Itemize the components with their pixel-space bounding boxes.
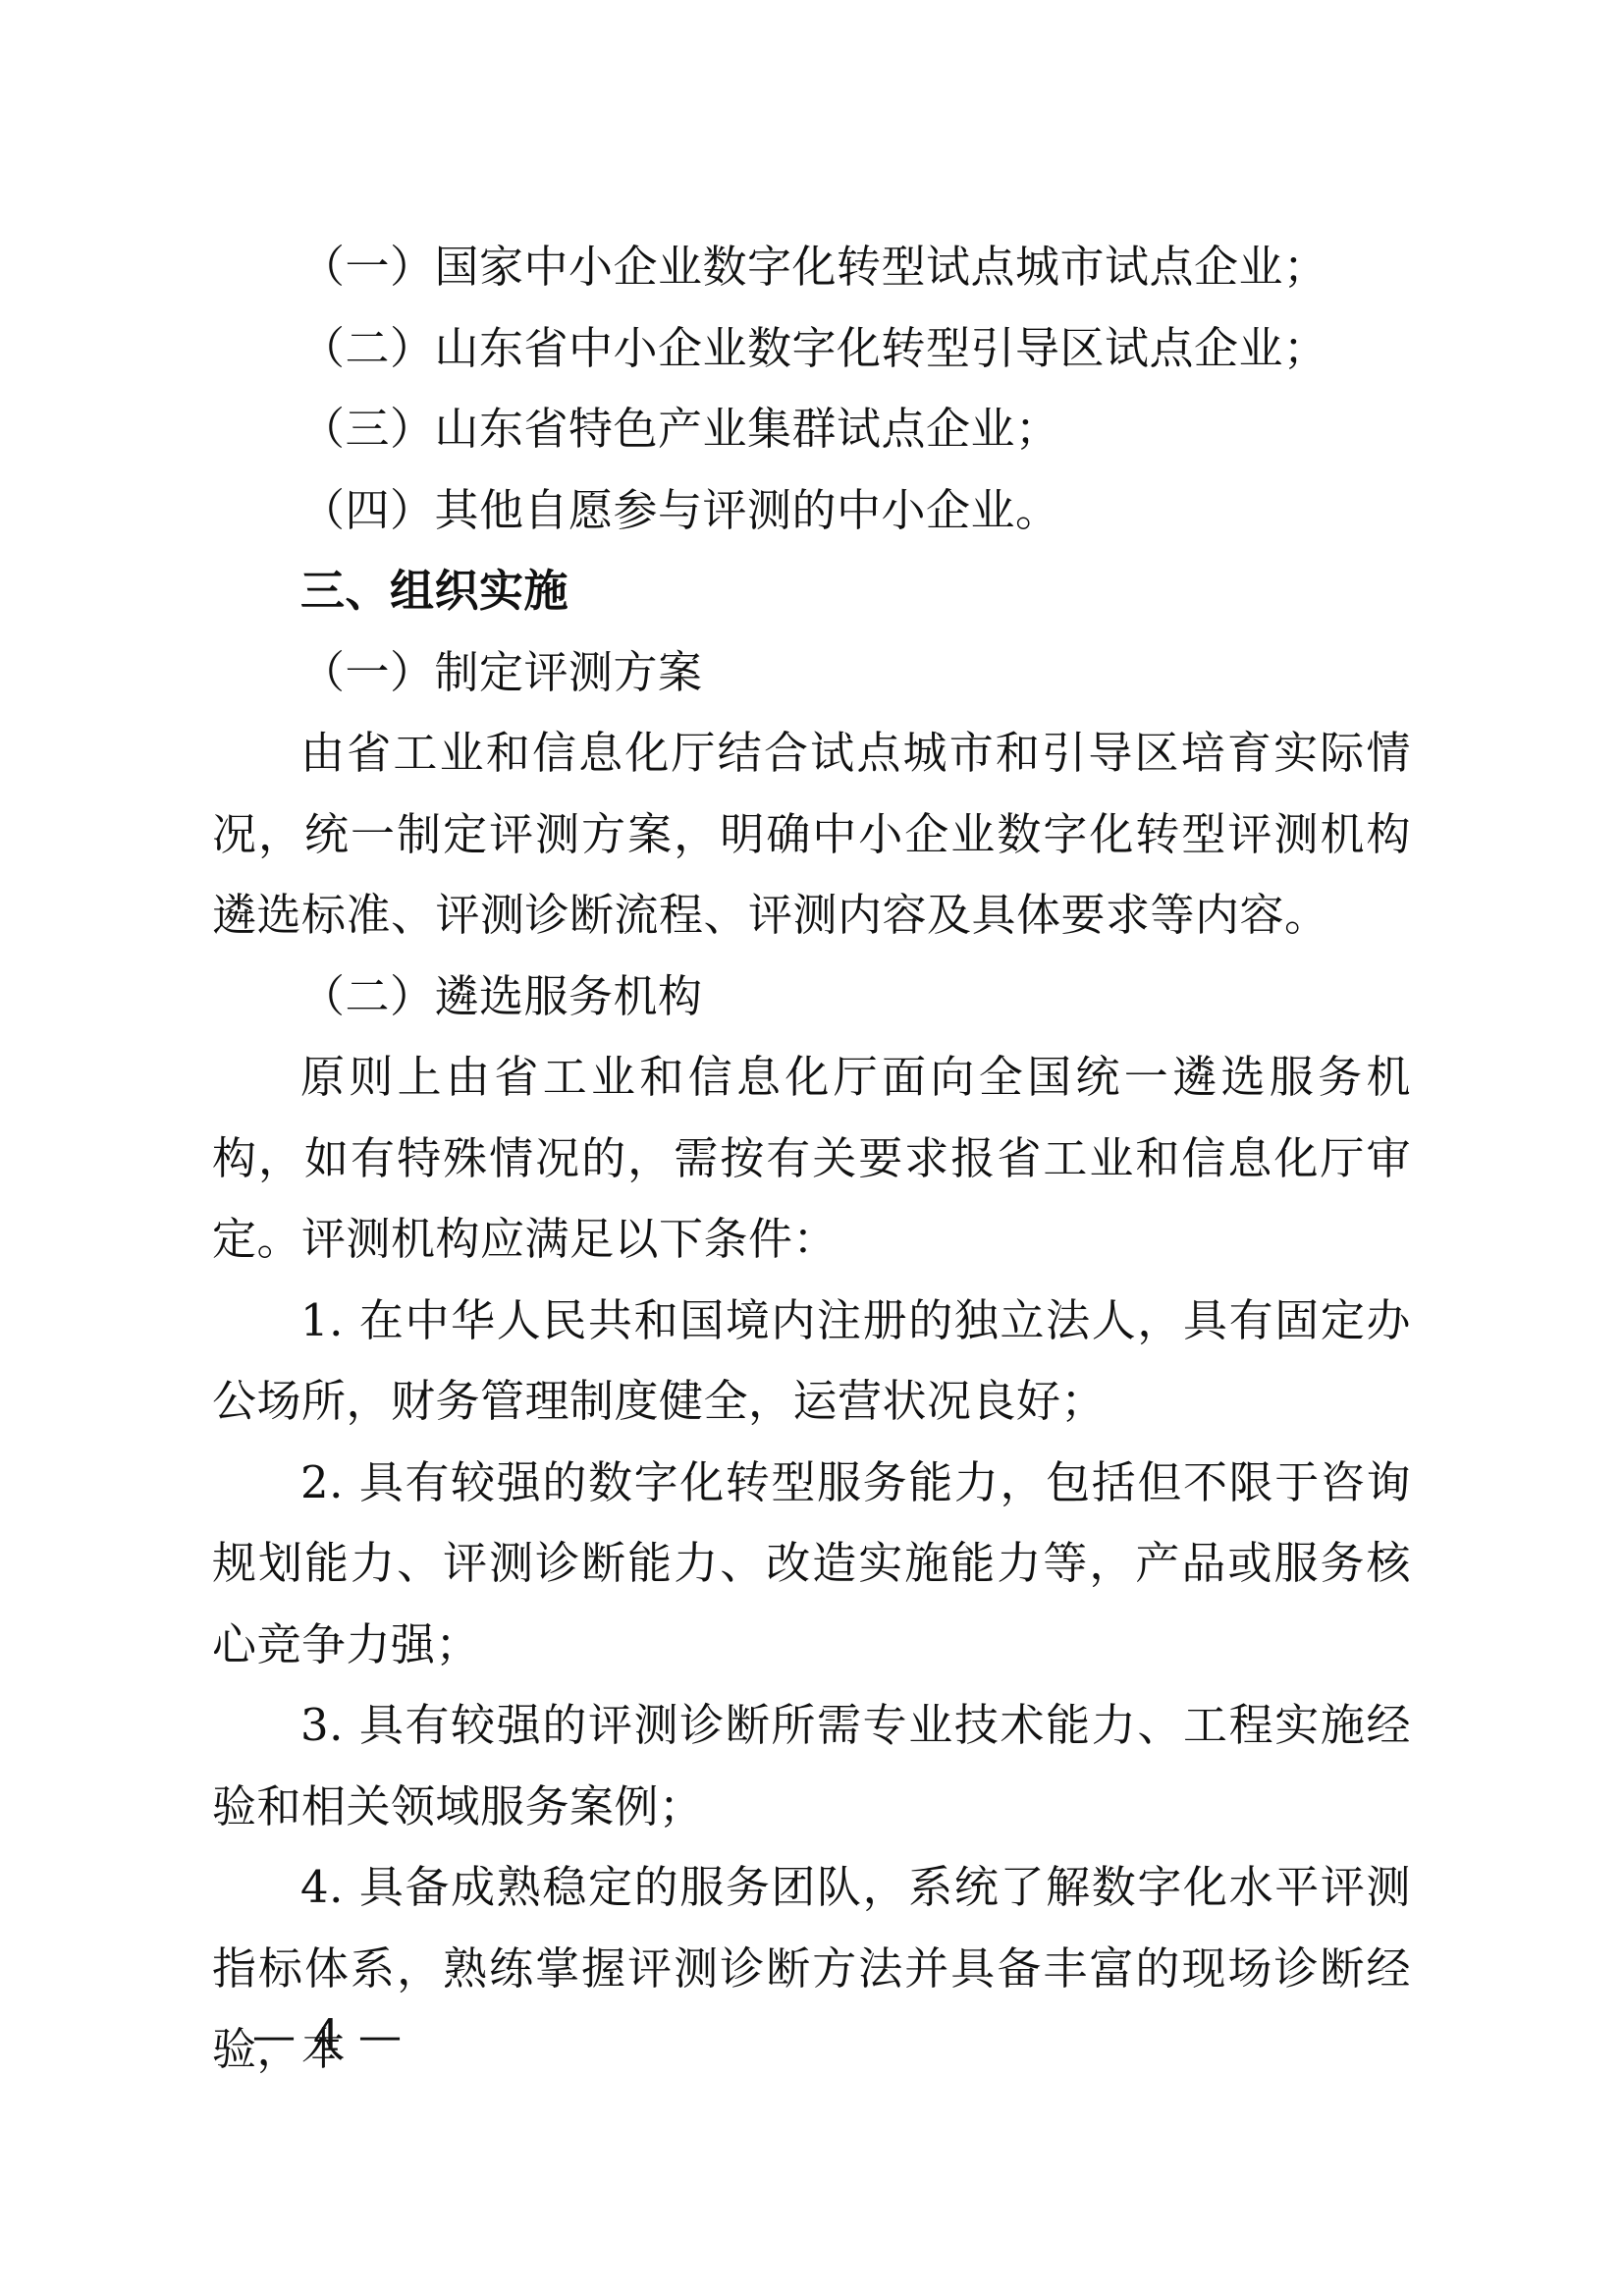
document-page: （一）国家中小企业数字化转型试点城市试点企业； （二）山东省中小企业数字化转型引… (0, 0, 1623, 2296)
section-heading: 三、组织实施 (212, 551, 1411, 632)
list-item-1: （一）国家中小企业数字化转型试点城市试点企业； (212, 227, 1411, 308)
subsection-1-title: （一）制定评测方案 (212, 632, 1411, 714)
subsection-1-paragraph: 由省工业和信息化厅结合试点城市和引导区培育实际情况，统一制定评测方案，明确中小企… (212, 713, 1411, 957)
list-item-4: （四）其他自愿参与评测的中小企业。 (212, 470, 1411, 552)
subsection-2-paragraph: 原则上由省工业和信息化厅面向全国统一遴选服务机构，如有特殊情况的，需按有关要求报… (212, 1037, 1411, 1281)
list-item-3: （三）山东省特色产业集群试点企业； (212, 389, 1411, 470)
subsection-2-title: （二）遴选服务机构 (212, 957, 1411, 1038)
list-item-2: （二）山东省中小企业数字化转型引导区试点企业； (212, 308, 1411, 390)
document-body: （一）国家中小企业数字化转型试点城市试点企业； （二）山东省中小企业数字化转型引… (212, 227, 1411, 2091)
condition-item-1: 1. 在中华人民共和国境内注册的独立法人，具有固定办公场所，财务管理制度健全，运… (212, 1281, 1411, 1443)
condition-item-3: 3. 具有较强的评测诊断所需专业技术能力、工程实施经验和相关领域服务案例； (212, 1685, 1411, 1847)
condition-item-2: 2. 具有较强的数字化转型服务能力，包括但不限于咨询规划能力、评测诊断能力、改造… (212, 1443, 1411, 1686)
page-number: — 4 — (252, 2009, 404, 2064)
